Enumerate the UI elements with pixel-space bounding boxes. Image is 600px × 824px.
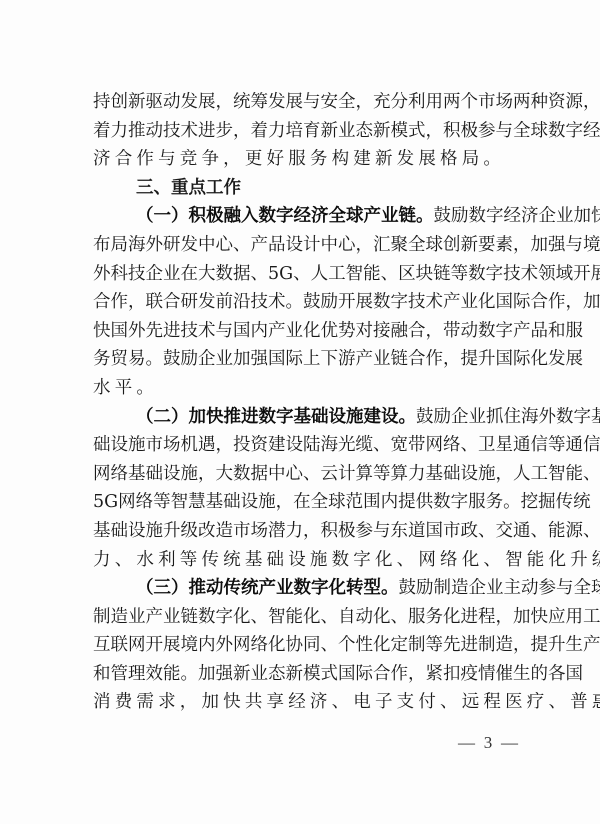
paragraph-line: 快国外先进技术与国内产业化优势对接融合，带动数字产品和服 xyxy=(93,317,523,346)
section-title-line: （一）积极融入数字经济全球产业链。鼓励数字经济企业加快 xyxy=(93,202,523,231)
paragraph-line: 合作，联合研发前沿技术。鼓励开展数字技术产业化国际合作，加 xyxy=(93,288,523,317)
paragraph-line: 水平。 xyxy=(93,374,523,403)
page-number: — 3 — xyxy=(458,733,518,753)
section-title-line: （三）推动传统产业数字化转型。鼓励制造企业主动参与全球 xyxy=(93,574,523,603)
document-page: 持创新驱动发展，统筹发展与安全，充分利用两个市场两种资源，着力推动技术进步，着力… xyxy=(0,0,600,824)
paragraph-line: 布局海外研发中心、产品设计中心，汇聚全球创新要素，加强与境 xyxy=(93,231,523,260)
paragraph-line: 互联网开展境内外网络化协同、个性化定制等先进制造，提升生产 xyxy=(93,631,523,660)
paragraph-line: 务贸易。鼓励企业加强国际上下游产业链合作，提升国际化发展 xyxy=(93,345,523,374)
paragraph-line: 力、水利等传统基础设施数字化、网络化、智能化升级改造。 xyxy=(93,546,523,575)
section-heading: 三、重点工作 xyxy=(93,174,523,203)
paragraph-line: 外科技企业在大数据、5G、人工智能、区块链等数字技术领域开展 xyxy=(93,260,523,289)
paragraph-line: 网络基础设施，大数据中心、云计算等算力基础设施，人工智能、 xyxy=(93,460,523,489)
paragraph-line: 着力推动技术进步，着力培育新业态新模式，积极参与全球数字经 xyxy=(93,117,523,146)
document-body: 持创新驱动发展，统筹发展与安全，充分利用两个市场两种资源，着力推动技术进步，着力… xyxy=(93,88,523,717)
section-title-line: （二）加快推进数字基础设施建设。鼓励企业抓住海外数字基 xyxy=(93,403,523,432)
paragraph-line: 5G网络等智慧基础设施，在全球范围内提供数字服务。挖掘传统 xyxy=(93,488,523,517)
paragraph-line: 基础设施升级改造市场潜力，积极参与东道国市政、交通、能源、电 xyxy=(93,517,523,546)
paragraph-line: 济合作与竞争，更好服务构建新发展格局。 xyxy=(93,145,523,174)
page-number-left-dash: — xyxy=(458,733,475,753)
paragraph-line: 消费需求，加快共享经济、电子支付、远程医疗、普惠金融、智能物 xyxy=(93,688,523,717)
page-number-right-dash: — xyxy=(501,733,518,753)
paragraph-line: 础设施市场机遇，投资建设陆海光缆、宽带网络、卫星通信等通信 xyxy=(93,431,523,460)
page-number-value: 3 xyxy=(484,733,493,753)
paragraph-line: 持创新驱动发展，统筹发展与安全，充分利用两个市场两种资源， xyxy=(93,88,523,117)
paragraph-line: 和管理效能。加强新业态新模式国际合作，紧扣疫情催生的各国 xyxy=(93,660,523,689)
paragraph-line: 制造业产业链数字化、智能化、自动化、服务化进程，加快应用工业 xyxy=(93,603,523,632)
